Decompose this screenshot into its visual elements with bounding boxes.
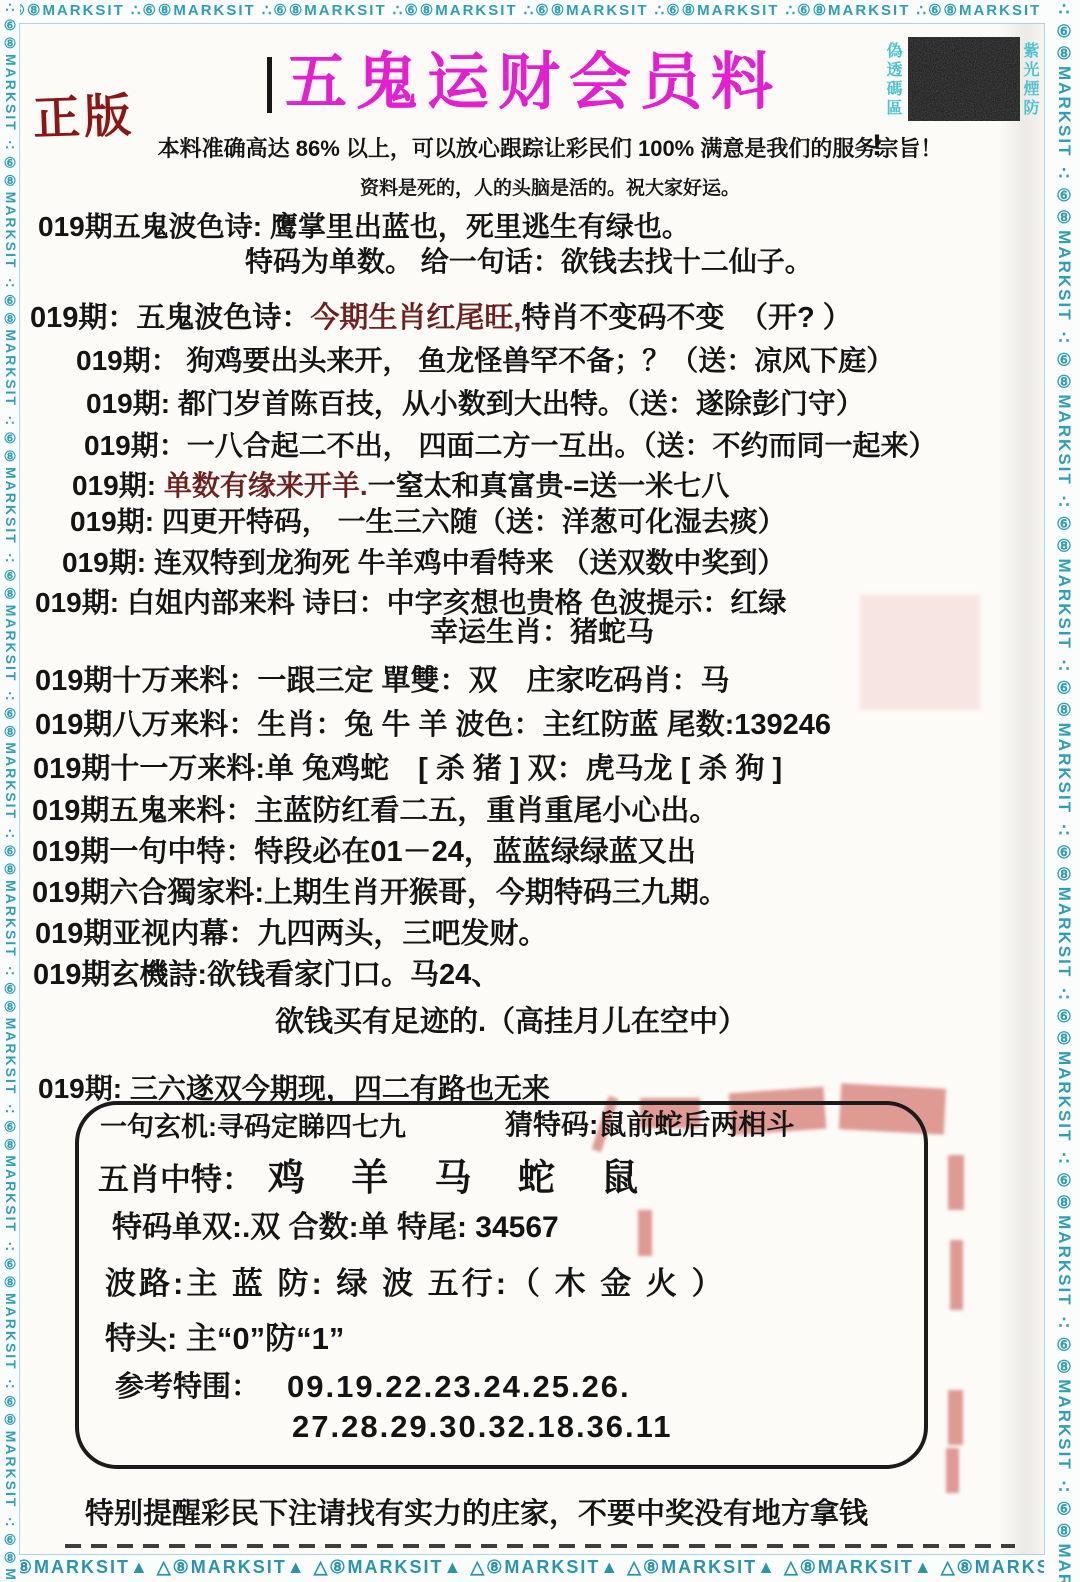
scan-shadow xyxy=(998,24,1044,1554)
lottery-tip-sheet: ∴⑥⑧MARKSIT ∴⑥⑧MARKSIT ∴⑥⑧MARKSIT ∴⑥⑧MARK… xyxy=(0,0,1080,1582)
tip-line-13: 019期八万来料：生肖：兔 牛 羊 波色：主红防蓝 尾数:139246 xyxy=(35,710,831,741)
box-ref-label: 参考特围： xyxy=(115,1372,260,1403)
tip-line-21: 019期: 三六遂双今期现，四二有路也无来 xyxy=(38,1074,550,1104)
tip-line-3: 019期：五鬼波色诗：今期生肖红尾旺,特肖不变码不变 （开? ） xyxy=(30,303,852,334)
red-stamp-edge xyxy=(946,1448,959,1493)
tip-line-19: 019期玄機詩:欲钱看家门口。马24、 xyxy=(33,960,500,991)
box-wave: 波路:主 蓝 防: 绿 波 五行:（ 木 金 火 ） xyxy=(105,1267,725,1300)
anti-fake-noise-block xyxy=(908,37,1020,121)
tip-line-3-red: 今期生肖红尾旺, xyxy=(310,302,521,334)
anti-fake-left-label: 偽透碼區 xyxy=(884,42,900,118)
box-zodiac-value: 鸡 羊 马 蛇 鼠 xyxy=(268,1158,656,1198)
tip-line-9: 019期: 连双特到龙狗死 牛羊鸡中看特来 （送双数中奖到） xyxy=(62,548,785,578)
tip-line-12: 019期十万来料：一跟三定 單雙：双 庄家吃码肖：马 xyxy=(35,666,729,697)
accuracy-claim: 本料准确高达 86% 以上，可以放心跟踪让彩民们 100% 满意是我们的服务宗旨… xyxy=(140,137,960,161)
red-stamp-faint xyxy=(860,595,980,710)
tip-line-18: 019期亚视内幕：九四两头，三吧发财。 xyxy=(35,919,547,950)
tip-line-4: 019期： 狗鸡要出头来开， 鱼龙怪兽罕不备；？（送：凉风下庭） xyxy=(76,346,894,376)
watermark-border-top: ∴⑥⑧MARKSIT ∴⑥⑧MARKSIT ∴⑥⑧MARKSIT ∴⑥⑧MARK… xyxy=(0,0,1080,24)
tip-line-6: 019期：一八合起二不出， 四面二方一互出。（送：不约而同一起来） xyxy=(84,431,937,461)
tip-line-7-rest: 一窒太和真富贵-=送一米七八 xyxy=(368,470,730,501)
red-stamp-edge xyxy=(948,1390,963,1445)
box-zodiac-label: 五肖中特： xyxy=(98,1163,253,1196)
box-oddeven: 特码单双:.双 合数:单 特尾: 34567 xyxy=(112,1212,559,1244)
title-divider-bar xyxy=(267,57,272,113)
box-hint: 一句玄机:寻码定睇四七九 xyxy=(100,1113,406,1142)
tip-line-3-rest: 特肖不变码不变 （开? ） xyxy=(521,302,851,334)
tip-line-7-red: 单数有缘来开羊. xyxy=(164,470,368,501)
watermark-border-bottom: △⑧MARKSIT▲ △⑧MARKSIT▲ △⑧MARKSIT▲ △⑧MARKS… xyxy=(0,1554,1080,1582)
red-stamp-edge xyxy=(948,1155,964,1210)
tip-line-17: 019期六合獨家料:上期生肖开猴哥，今期特码三九期。 xyxy=(32,878,728,909)
page-title: 五鬼运财会员料 xyxy=(285,50,782,117)
box-head: 特头: 主“0”防“1” xyxy=(105,1322,344,1355)
tip-line-15: 019期五鬼来料：主蓝防红看二五，重肖重尾小心出。 xyxy=(32,796,718,827)
tip-line-3-prefix: 019期：五鬼波色诗： xyxy=(30,302,310,334)
box-guess: 猜特码:鼠前蛇后两相斗 xyxy=(505,1110,794,1140)
tip-line-8: 019期: 四更开特码， 一生三六随（送：洋葱可化湿去痰） xyxy=(70,507,786,537)
tip-line-7: 019期: 单数有缘来开羊.一窒太和真富贵-=送一米七八 xyxy=(72,471,729,501)
tip-line-5: 019期: 都门岁首陈百技，从小数到大出特。（送：遂除彭门守） xyxy=(86,389,864,419)
watermark-border-right: ∴⑥⑧MARKSIT ∴⑥⑧MARKSIT ∴⑥⑧MARKSIT ∴⑥⑧MARK… xyxy=(1044,0,1080,1582)
tip-line-7-prefix: 019期: xyxy=(72,470,164,501)
anti-fake-right-label: 紫光煙防 xyxy=(1021,42,1037,118)
motto: 资料是死的，人的头脑是活的。祝大家好运。 xyxy=(140,179,960,200)
box-ref-line2: 27.28.29.30.32.18.36.11 xyxy=(292,1410,672,1443)
red-stamp-edge xyxy=(950,1240,963,1310)
edition-label: 正版 xyxy=(32,90,136,144)
tip-line-20: 欲钱买有足迹的.（高挂月儿在空中） xyxy=(275,1007,747,1038)
footer-warning: 特别提醒彩民下注请找有实力的庄家，不要中奖没有地方拿钱 xyxy=(85,1499,868,1530)
tip-line-1: 019期五鬼波色诗: 鹰掌里出蓝也，死里逃生有绿也。 xyxy=(38,212,690,242)
tip-line-10: 019期: 白姐内部来料 诗曰：中字亥想也贵格 色波提示：红绿 xyxy=(35,588,786,618)
tip-line-2: 特码为单数。 给一句话：欲钱去找十二仙子。 xyxy=(245,247,813,277)
watermark-border-left: ∴⑥⑧MARKSIT ∴⑥⑧MARKSIT ∴⑥⑧MARKSIT ∴⑥⑧MARK… xyxy=(0,0,20,1582)
tip-line-16: 019期一句中特：特段必在01－24，蓝蓝绿绿蓝又出 xyxy=(32,837,696,868)
print-dash-line xyxy=(65,1544,1015,1548)
box-ref-line1: 09.19.22.23.24.25.26. xyxy=(287,1370,631,1403)
tip-line-11: 幸运生肖：猪蛇马 xyxy=(430,617,654,647)
tip-line-14: 019期十一万来料:单 兔鸡蛇 [ 杀 猪 ] 双：虎马龙 [ 杀 狗 ] xyxy=(33,754,782,785)
